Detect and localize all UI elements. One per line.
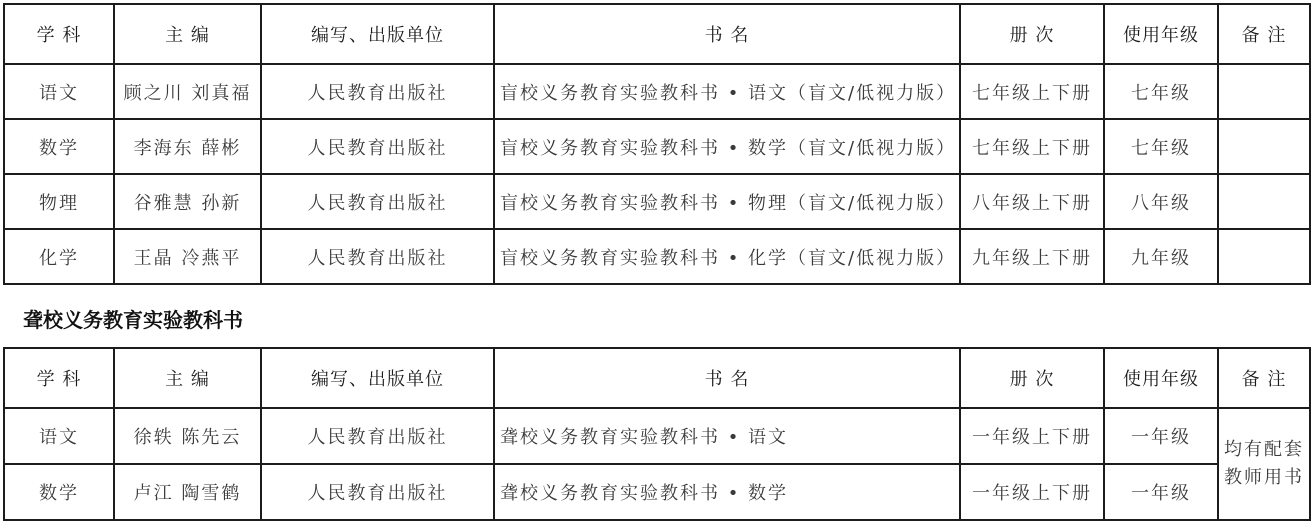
header-book-title: 书 名 (494, 348, 960, 408)
header-editor: 主 编 (114, 348, 261, 408)
cell-subject: 语文 (4, 64, 114, 119)
cell-grade: 一年级 (1104, 464, 1218, 520)
cell-volume: 七年级上下册 (960, 119, 1104, 174)
table-header-row: 学 科 主 编 编写、出版单位 书 名 册 次 使用年级 备 注 (4, 348, 1310, 408)
cell-note (1218, 174, 1310, 229)
header-note: 备 注 (1218, 348, 1310, 408)
header-publisher: 编写、出版单位 (261, 348, 494, 408)
cell-subject: 物理 (4, 174, 114, 229)
header-volume: 册 次 (960, 4, 1104, 64)
cell-publisher: 人民教育出版社 (261, 64, 494, 119)
cell-editors: 徐轶 陈先云 (114, 408, 261, 464)
header-note: 备 注 (1218, 4, 1310, 64)
cell-book-title: 盲校义务教育实验教科书 • 物理（盲文/低视力版） (494, 174, 960, 229)
table-row: 物理 谷雅慧 孙新 人民教育出版社 盲校义务教育实验教科书 • 物理（盲文/低视… (4, 174, 1310, 229)
table-row: 数学 李海东 薛彬 人民教育出版社 盲校义务教育实验教科书 • 数学（盲文/低视… (4, 119, 1310, 174)
cell-editors: 卢江 陶雪鹤 (114, 464, 261, 520)
cell-note (1218, 64, 1310, 119)
cell-subject: 数学 (4, 464, 114, 520)
cell-volume: 九年级上下册 (960, 229, 1104, 284)
cell-subject: 语文 (4, 408, 114, 464)
blind-school-textbook-table: 学 科 主 编 编写、出版单位 书 名 册 次 使用年级 备 注 语文 顾之川 … (3, 3, 1311, 285)
header-editor: 主 编 (114, 4, 261, 64)
cell-publisher: 人民教育出版社 (261, 464, 494, 520)
cell-grade: 七年级 (1104, 64, 1218, 119)
cell-book-title: 盲校义务教育实验教科书 • 数学（盲文/低视力版） (494, 119, 960, 174)
table-row: 语文 顾之川 刘真福 人民教育出版社 盲校义务教育实验教科书 • 语文（盲文/低… (4, 64, 1310, 119)
cell-book-title: 聋校义务教育实验教科书 • 语文 (494, 408, 960, 464)
cell-volume: 一年级上下册 (960, 464, 1104, 520)
cell-book-title: 聋校义务教育实验教科书 • 数学 (494, 464, 960, 520)
deaf-school-textbook-table: 学 科 主 编 编写、出版单位 书 名 册 次 使用年级 备 注 语文 徐轶 陈… (3, 347, 1311, 521)
cell-editors: 顾之川 刘真福 (114, 64, 261, 119)
note-line-2: 教师用书 (1219, 464, 1309, 492)
cell-book-title: 盲校义务教育实验教科书 • 化学（盲文/低视力版） (494, 229, 960, 284)
header-book-title: 书 名 (494, 4, 960, 64)
cell-grade: 九年级 (1104, 229, 1218, 284)
table-header-row: 学 科 主 编 编写、出版单位 书 名 册 次 使用年级 备 注 (4, 4, 1310, 64)
header-grade: 使用年级 (1104, 4, 1218, 64)
cell-merged-note: 均有配套 教师用书 (1218, 408, 1310, 520)
cell-publisher: 人民教育出版社 (261, 229, 494, 284)
cell-grade: 一年级 (1104, 408, 1218, 464)
section-title: 聋校义务教育实验教科书 (23, 304, 243, 333)
note-line-1: 均有配套 (1219, 436, 1309, 464)
cell-editors: 谷雅慧 孙新 (114, 174, 261, 229)
table-row: 语文 徐轶 陈先云 人民教育出版社 聋校义务教育实验教科书 • 语文 一年级上下… (4, 408, 1310, 464)
cell-grade: 八年级 (1104, 174, 1218, 229)
table-row: 化学 王晶 冷燕平 人民教育出版社 盲校义务教育实验教科书 • 化学（盲文/低视… (4, 229, 1310, 284)
header-subject: 学 科 (4, 348, 114, 408)
cell-volume: 一年级上下册 (960, 408, 1104, 464)
cell-note (1218, 229, 1310, 284)
cell-publisher: 人民教育出版社 (261, 174, 494, 229)
cell-subject: 化学 (4, 229, 114, 284)
cell-subject: 数学 (4, 119, 114, 174)
cell-publisher: 人民教育出版社 (261, 408, 494, 464)
cell-volume: 八年级上下册 (960, 174, 1104, 229)
cell-book-title: 盲校义务教育实验教科书 • 语文（盲文/低视力版） (494, 64, 960, 119)
header-grade: 使用年级 (1104, 348, 1218, 408)
cell-editors: 王晶 冷燕平 (114, 229, 261, 284)
cell-grade: 七年级 (1104, 119, 1218, 174)
table-row: 数学 卢江 陶雪鹤 人民教育出版社 聋校义务教育实验教科书 • 数学 一年级上下… (4, 464, 1310, 520)
header-volume: 册 次 (960, 348, 1104, 408)
cell-volume: 七年级上下册 (960, 64, 1104, 119)
cell-note (1218, 119, 1310, 174)
cell-publisher: 人民教育出版社 (261, 119, 494, 174)
header-subject: 学 科 (4, 4, 114, 64)
header-publisher: 编写、出版单位 (261, 4, 494, 64)
cell-editors: 李海东 薛彬 (114, 119, 261, 174)
